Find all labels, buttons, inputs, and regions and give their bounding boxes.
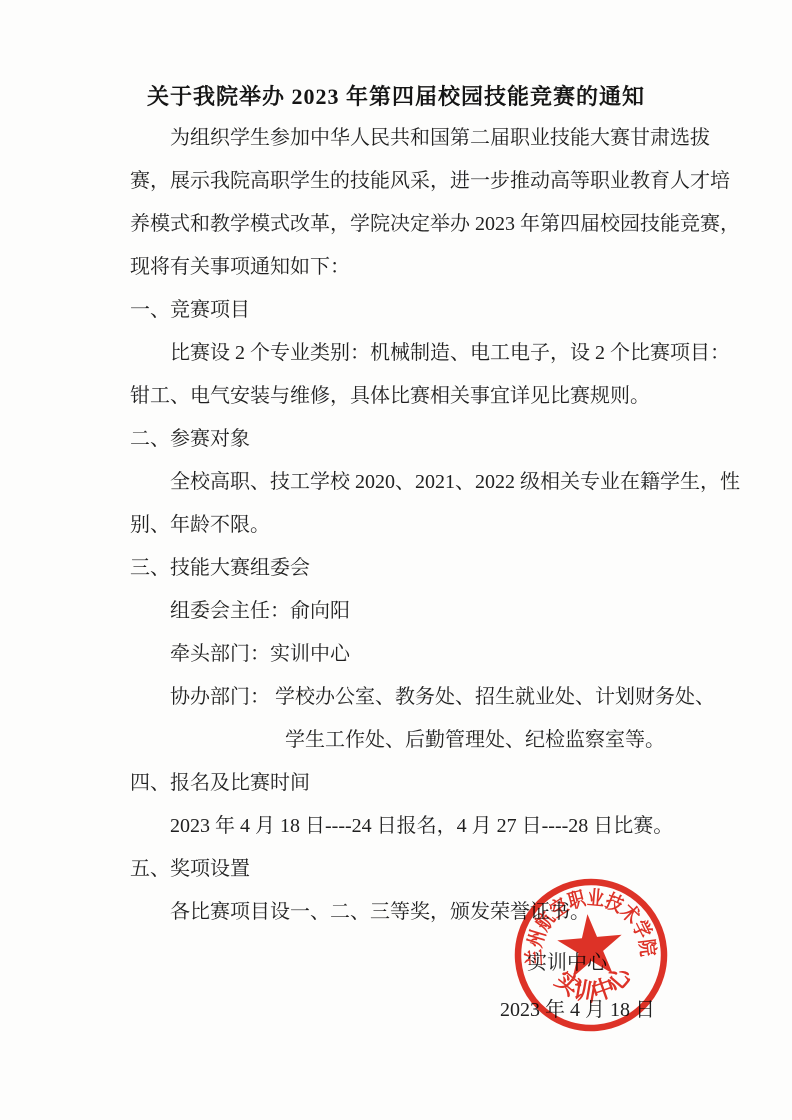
document-body: 为组织学生参加中华人民共和国第二届职业技能大赛甘肃选拔 赛，展示我院高职学生的技… xyxy=(130,117,730,934)
section-heading-1: 一、竞赛项目 xyxy=(130,289,730,332)
document-line: 别、年龄不限。 xyxy=(130,504,730,547)
document-line: 养模式和教学模式改革，学院决定举办 2023 年第四届校园技能竞赛， xyxy=(130,203,730,246)
section-heading-4: 四、报名及比赛时间 xyxy=(130,762,730,805)
notice-document-page: 关于我院举办 2023 年第四届校园技能竞赛的通知 为组织学生参加中华人民共和国… xyxy=(0,0,792,1120)
seal-dept-text: 实训中心 xyxy=(548,960,640,1011)
document-line: 牵头部门：实训中心 xyxy=(130,633,730,676)
document-line: 为组织学生参加中华人民共和国第二届职业技能大赛甘肃选拔 xyxy=(130,117,730,160)
document-line: 学生工作处、后勤管理处、纪检监察室等。 xyxy=(130,719,730,762)
document-line: 赛，展示我院高职学生的技能风采，进一步推动高等职业教育人才培 xyxy=(130,160,730,203)
document-line: 现将有关事项通知如下： xyxy=(130,246,730,289)
section-heading-3: 三、技能大赛组委会 xyxy=(130,547,730,590)
document-line: 组委会主任：俞向阳 xyxy=(130,590,730,633)
document-line: 比赛设 2 个专业类别：机械制造、电工电子，设 2 个比赛项目： xyxy=(130,332,730,375)
document-line: 全校高职、技工学校 2020、2021、2022 级相关专业在籍学生，性 xyxy=(130,461,730,504)
document-line: 2023 年 4 月 18 日----24 日报名，4 月 27 日----28… xyxy=(130,805,730,848)
document-line: 协办部门： 学校办公室、教务处、招生就业处、计划财务处、 xyxy=(130,676,730,719)
section-heading-2: 二、参赛对象 xyxy=(130,418,730,461)
official-seal-stamp: 兰州航空职业技术学院 实训中心 xyxy=(501,865,681,1045)
document-line: 钳工、电气安装与维修，具体比赛相关事宜详见比赛规则。 xyxy=(130,375,730,418)
page-title: 关于我院举办 2023 年第四届校园技能竞赛的通知 xyxy=(0,80,792,111)
